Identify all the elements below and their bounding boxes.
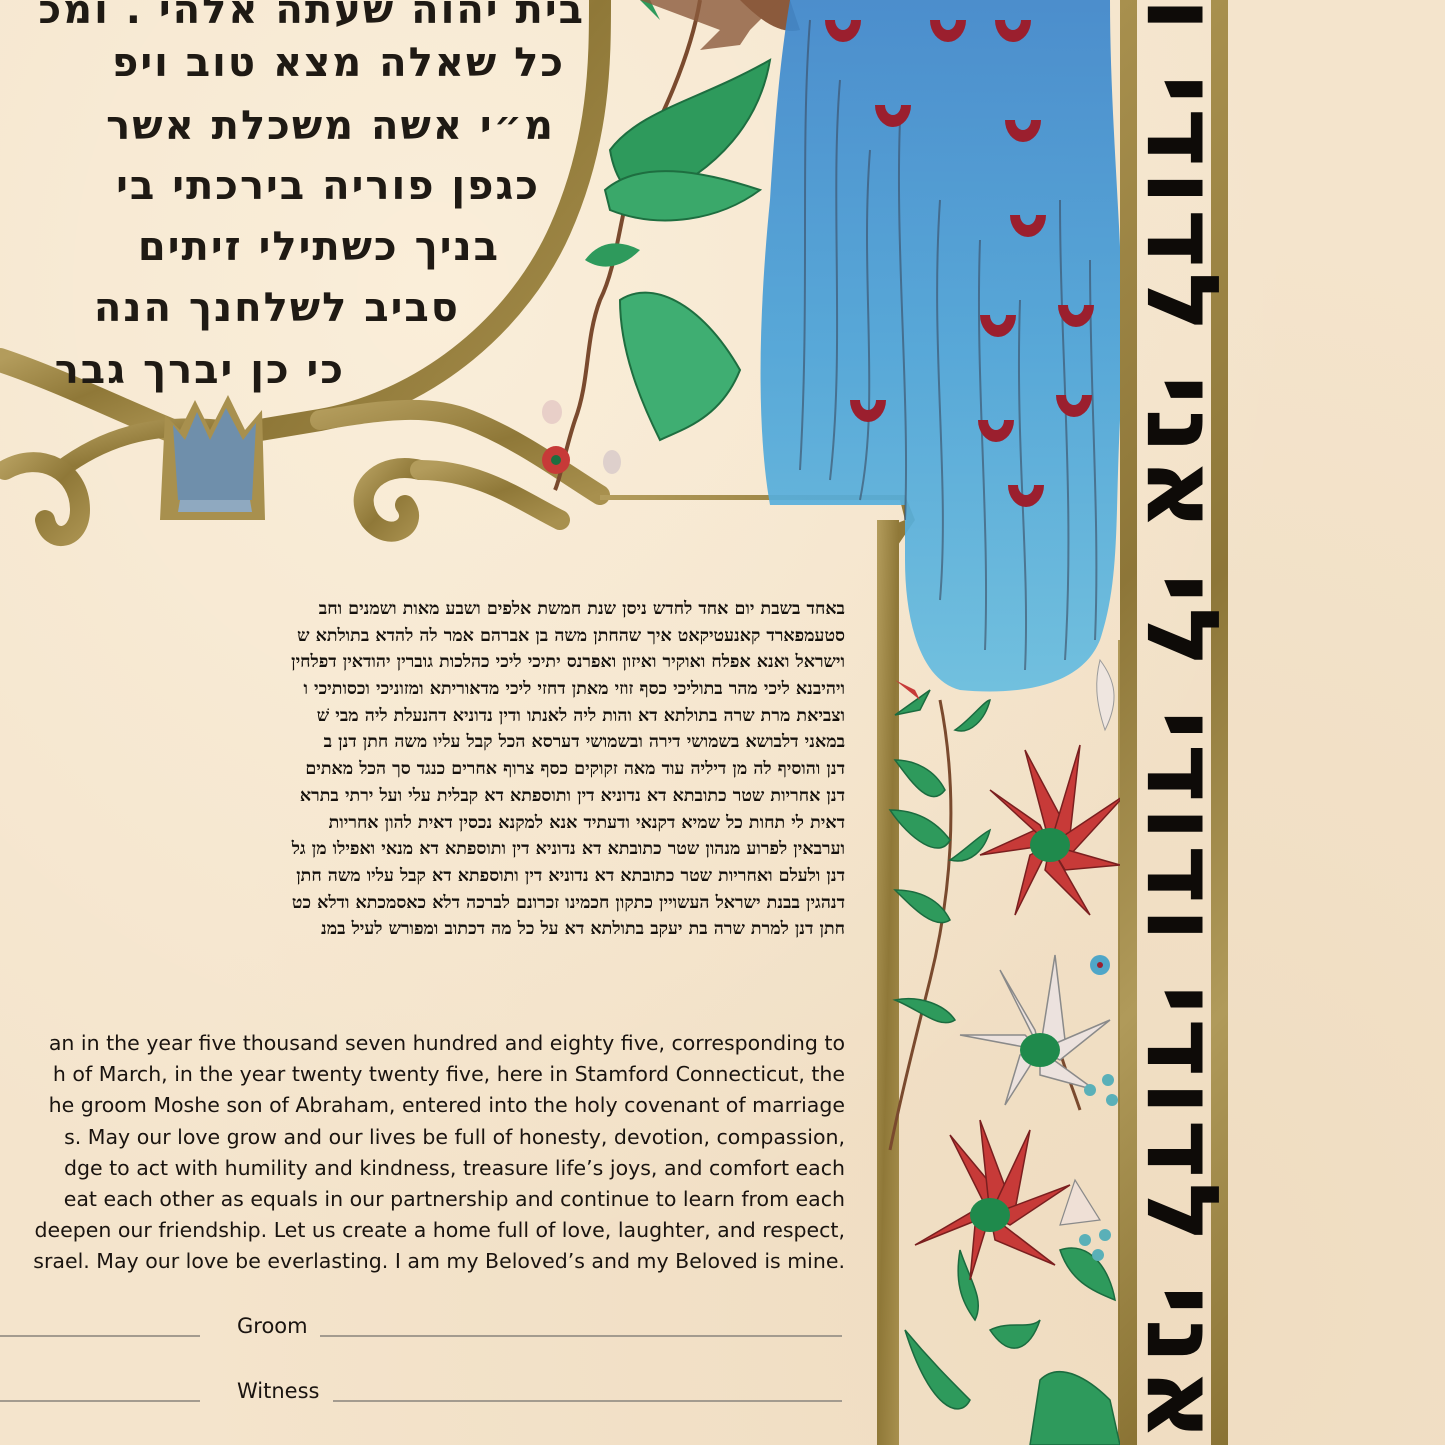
poem-line: בית יהוה שעתה אלהי . ומכ — [39, 0, 585, 30]
aramaic-line: וצביאת מרת שרה בתולתא דא והות ליה לאנתו … — [0, 703, 845, 730]
aramaic-line: וערבאין לפרוע מנהון שטר כתובתא דא נדוניא… — [0, 836, 845, 863]
aramaic-line: וישראל ואנא אפלח ואוקיר ואיזון ואפרנס ית… — [0, 649, 845, 676]
poem-line: מ״י אשה משכלת אשר — [106, 106, 555, 146]
english-line: dge to act with humility and kindness, t… — [0, 1153, 845, 1184]
groom-label: Groom — [237, 1314, 308, 1338]
witness-signature-line[interactable] — [333, 1400, 842, 1402]
aramaic-contract-text: באחד בשבת יום אחד לחדש ניסן שנת חמשת אלפ… — [0, 596, 845, 943]
poem-line: כגפן פוריה בירכתי בי — [116, 166, 540, 206]
aramaic-line: דנהגין בבנת ישראל העשויין כתקון חכמינו ז… — [0, 890, 845, 917]
aramaic-line: באחד בשבת יום אחד לחדש ניסן שנת חמשת אלפ… — [0, 596, 845, 623]
vertical-calligraphy-border: אני לדודי ודודי לי אני לדודי ודודי לי — [1120, 0, 1228, 1445]
aramaic-line: דנן והוסיף לה מן דיליה עוד מאה זקוקים כס… — [0, 756, 845, 783]
aramaic-line: דנן אחריות שטר כתובתא דא נדוניא דין ותוס… — [0, 783, 845, 810]
aramaic-line: דאית לי תחות כל שמיא דקנאי ודעתיד אנא למ… — [0, 810, 845, 837]
witness-signature-line-left[interactable] — [0, 1400, 200, 1402]
aramaic-line: ויהיבנא ליכי מהר בתוליכי כסף זוזי מאתן ד… — [0, 676, 845, 703]
vertical-hebrew-text: אני לדודי ודודי לי אני לדודי ודודי לי — [1134, 0, 1230, 1445]
bride-signature-line[interactable] — [0, 1335, 200, 1337]
english-line: eat each other as equals in our partners… — [0, 1184, 845, 1215]
english-line: an in the year five thousand seven hundr… — [0, 1028, 845, 1059]
english-line: h of March, in the year twenty twenty fi… — [0, 1059, 845, 1090]
groom-signature-row: Groom — [0, 1314, 845, 1344]
english-line: s. May our love grow and our lives be fu… — [0, 1122, 845, 1153]
aramaic-line: דנן ולעלם ואחריות שטר כתובתא דא נדוניא ד… — [0, 863, 845, 890]
english-line: he groom Moshe son of Abraham, entered i… — [0, 1090, 845, 1121]
english-line: srael. May our love be everlasting. I am… — [0, 1246, 845, 1277]
poem-block: בית יהוה שעתה אלהי . ומכ כל שאלה מצא טוב… — [0, 0, 585, 420]
aramaic-line: במאני דלבושא בשמושי דירה ובשמושי דערסא ה… — [0, 729, 845, 756]
groom-signature-line[interactable] — [320, 1335, 842, 1337]
poem-line: כל שאלה מצא טוב ויפ — [112, 43, 565, 83]
english-text: an in the year five thousand seven hundr… — [0, 1028, 845, 1278]
poem-line: סביב לשלחנך הנה — [94, 288, 460, 328]
witness-label: Witness — [237, 1379, 319, 1403]
poem-line: בניך כשתילי זיתים — [138, 227, 500, 267]
poem-line: כי כן יברך גבר — [55, 350, 345, 390]
witness-signature-row: Witness — [0, 1379, 845, 1409]
aramaic-line: חתן דנן למרת שרה בת יעקב בתולתא דא על כל… — [0, 916, 845, 943]
english-line: deepen our friendship. Let us create a h… — [0, 1215, 845, 1246]
aramaic-line: סטעמפארד קאנעטיקאט איך שהחתן משה בן אברה… — [0, 623, 845, 650]
